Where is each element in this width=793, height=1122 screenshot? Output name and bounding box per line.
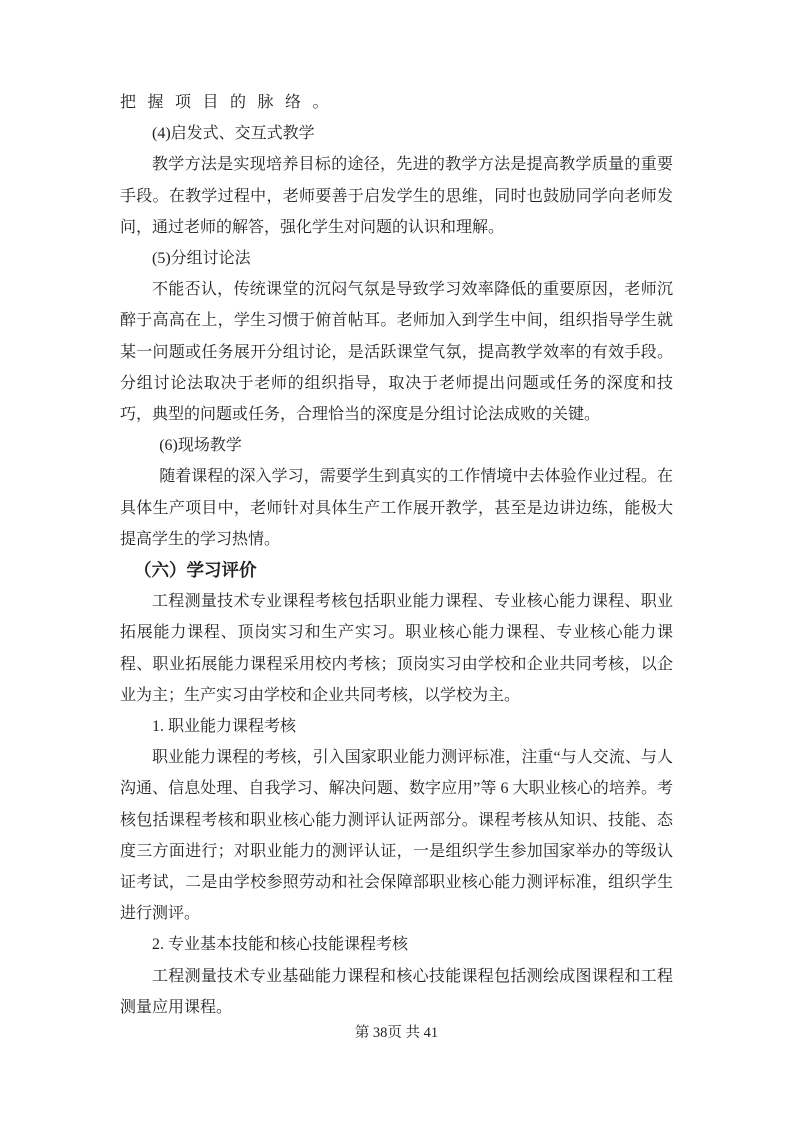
paragraph: 工程测量技术专业课程考核包括职业能力课程、专业核心能力课程、职业拓展能力课程、顶… <box>120 586 673 711</box>
document-page: 把握项目的脉络。 (4)启发式、交互式教学 教学方法是实现培养目标的途径，先进的… <box>0 0 793 1122</box>
list-heading-6: (6)现场教学 <box>120 430 673 461</box>
numbered-heading-1: 1. 职业能力课程考核 <box>120 711 673 742</box>
page-footer: 第 38页 共 41 <box>0 1022 793 1044</box>
list-heading-5: (5)分组讨论法 <box>120 243 673 274</box>
list-heading-4: (4)启发式、交互式教学 <box>120 118 673 149</box>
paragraph: 工程测量技术专业基础能力课程和核心技能课程包括测绘成图课程和工程测量应用课程。 <box>120 961 673 1023</box>
section-heading-learning-evaluation: （六）学习评价 <box>120 555 673 586</box>
document-body: 把握项目的脉络。 (4)启发式、交互式教学 教学方法是实现培养目标的途径，先进的… <box>120 87 673 1023</box>
paragraph: 随着课程的深入学习，需要学生到真实的工作情境中去体验作业过程。在具体生产项目中，… <box>120 461 673 555</box>
paragraph: 教学方法是实现培养目标的途径，先进的教学方法是提高教学质量的重要手段。在教学过程… <box>120 149 673 243</box>
page-number: 第 38页 共 41 <box>355 1025 438 1041</box>
paragraph-continuation-line: 把握项目的脉络。 <box>120 87 673 118</box>
paragraph: 职业能力课程的考核，引入国家职业能力测评标准，注重“与人交流、与人沟通、信息处理… <box>120 742 673 929</box>
numbered-heading-2: 2. 专业基本技能和核心技能课程考核 <box>120 929 673 960</box>
paragraph: 不能否认，传统课堂的沉闷气氛是导致学习效率降低的重要原因，老师沉醉于高高在上，学… <box>120 274 673 430</box>
